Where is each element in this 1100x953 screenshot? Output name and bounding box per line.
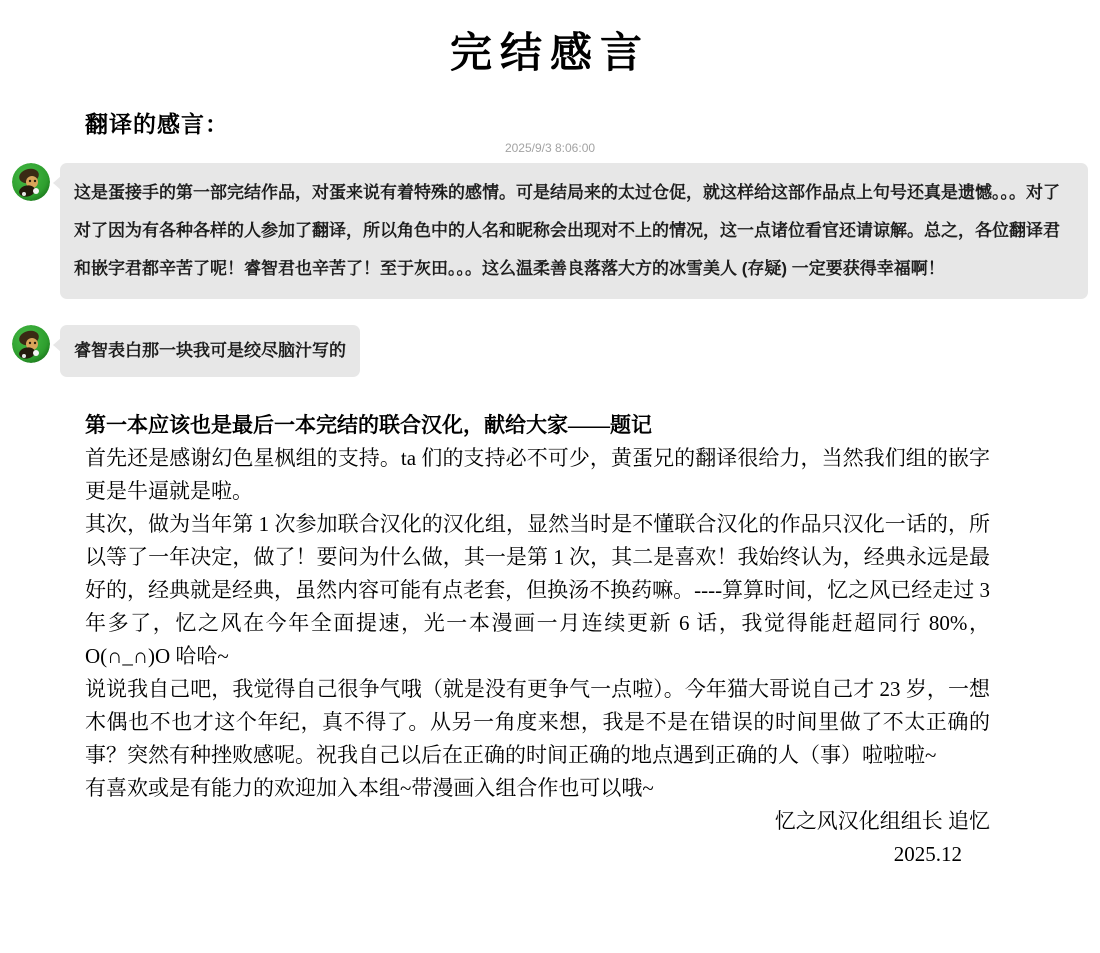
page-title: 完结感言 — [0, 0, 1100, 66]
afterword-heading: 第一本应该也是最后一本完结的联合汉化，献给大家——题记 — [85, 409, 990, 442]
section-header: 翻译的感言： — [85, 106, 1100, 139]
afterword-body: 第一本应该也是最后一本完结的联合汉化，献给大家——题记 首先还是感谢幻色星枫组的… — [85, 409, 990, 871]
chat-bubble: 这是蛋接手的第一部完结作品，对蛋来说有着特殊的感情。可是结局来的太过仓促，就这样… — [60, 163, 1088, 299]
chat-message: 睿智表白那一块我可是绞尽脑汁写的 — [12, 325, 1088, 377]
chat-bubble: 睿智表白那一块我可是绞尽脑汁写的 — [60, 325, 360, 377]
chat-area: 这是蛋接手的第一部完结作品，对蛋来说有着特殊的感情。可是结局来的太过仓促，就这样… — [12, 163, 1088, 377]
user-avatar-icon — [12, 163, 50, 201]
signature-line: 忆之风汉化组组长 追忆 — [85, 805, 990, 838]
afterword-paragraph: 有喜欢或是有能力的欢迎加入本组~带漫画入组合作也可以哦~ — [85, 772, 990, 805]
afterword-paragraph: 说说我自己吧，我觉得自己很争气哦（就是没有更争气一点啦）。今年猫大哥说自己才 2… — [85, 673, 990, 772]
chat-message: 这是蛋接手的第一部完结作品，对蛋来说有着特殊的感情。可是结局来的太过仓促，就这样… — [12, 163, 1088, 299]
signature-date: 2025.12 — [85, 838, 990, 871]
afterword-paragraph: 首先还是感谢幻色星枫组的支持。ta 们的支持必不可少，黄蛋兄的翻译很给力，当然我… — [85, 442, 990, 508]
user-avatar-icon — [12, 325, 50, 363]
afterword-paragraph: 其次，做为当年第 1 次参加联合汉化的汉化组，显然当时是不懂联合汉化的作品只汉化… — [85, 508, 990, 673]
chat-timestamp: 2025/9/3 8:06:00 — [0, 141, 1100, 157]
